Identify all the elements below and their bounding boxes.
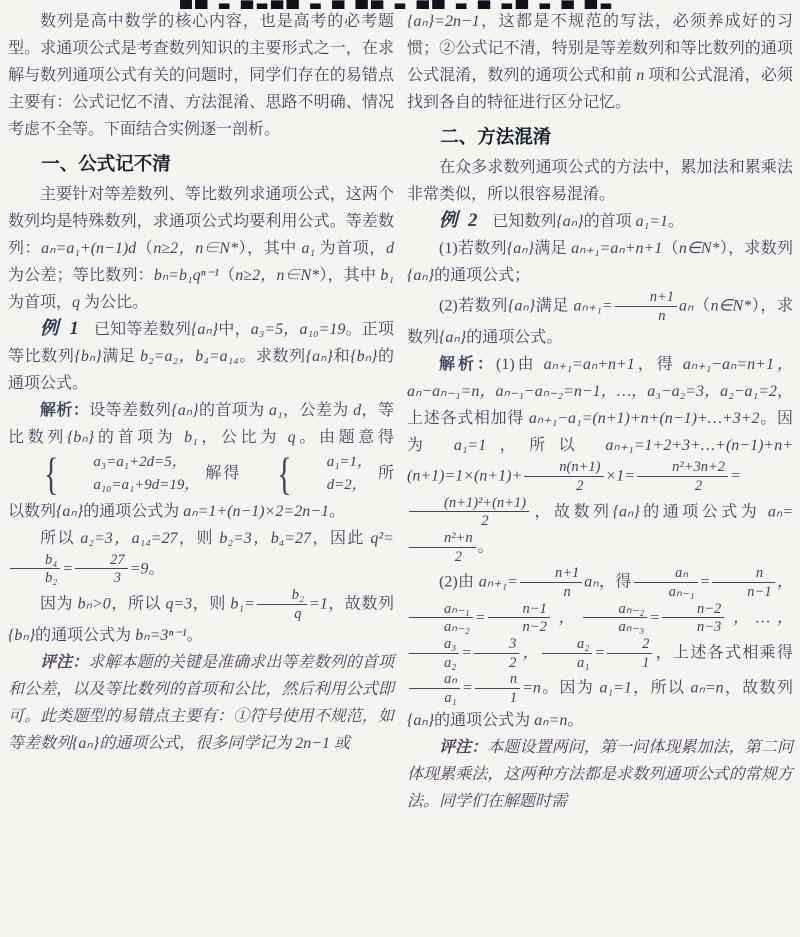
section-heading: 一、公式记不清 [8, 150, 394, 177]
math-inline: aₙ₊₁−a₁=(n+1)+n+(n−1)+…+3+2 [529, 410, 760, 427]
text-run: ，则 [192, 595, 230, 612]
text-run: 设等差数列 [89, 402, 171, 419]
math-inline: q [288, 429, 296, 446]
column-right: {aₙ}=2n−1，这都是不规范的写法，必须养成好的习惯；②公式记不清，特别是等… [407, 8, 793, 815]
fraction-denominator: 1 [475, 688, 520, 707]
fraction: aₙ₋₂aₙ₋₃ [583, 601, 647, 636]
math-inline: a₂=3，a₁₄=27 [80, 530, 177, 547]
paragraph: 因为 bₙ>0，所以 q=3，则 b₁=b₂q=1，故数列{bₙ}的通项公式为 … [8, 587, 394, 649]
fraction: 21 [607, 636, 652, 671]
math-inline: a₁ [301, 240, 315, 257]
fraction-denominator: b₂ [10, 568, 60, 587]
text-run: 因为 [40, 595, 78, 612]
fraction-denominator: 2 [409, 547, 476, 566]
text-run: 的通项公式为 [83, 503, 183, 520]
paragraph: 解析：设等差数列{aₙ}的首项为 a₁，公差为 d，等比数列{bₙ}的首项为 b… [8, 397, 394, 525]
document-page: ▆▆ ▄ ▅▄▅▆ ▄ ▅ ▆▅ ▄ ▅▆ ▄ ▅ ▄▆ ▄ ▅ ▆▄ 数列是高… [0, 0, 800, 937]
fraction-denominator: a₂ [409, 653, 459, 672]
equation-system: {a₃=a₁+2d=5，a₁₀=a₁+9d=19， [12, 451, 199, 498]
fraction: aₙa₁ [409, 671, 460, 706]
text-run: ，故数列 [724, 680, 793, 697]
fraction: n−1n−2 [488, 601, 550, 636]
equation-row: a₃=a₁+2d=5， [61, 451, 199, 474]
fraction: n²+n2 [409, 530, 476, 565]
fraction-denominator: a₁ [409, 688, 460, 707]
math-inline: b₁ [184, 429, 198, 446]
math-inline: = [700, 574, 711, 591]
equation-row: a₁=1， [295, 451, 372, 474]
math-inline: a₃=5，a₁₀=19 [251, 321, 346, 338]
math-inline: = [730, 468, 741, 485]
text-run: ），其中 [319, 267, 380, 284]
math-inline: aₙ₊₁= [574, 297, 613, 314]
math-inline: a₁=1 [636, 213, 668, 230]
fraction: nn−1 [712, 565, 774, 600]
text-run: 已知等差数列 [94, 321, 191, 338]
equation-row: a₁₀=a₁+9d=19， [61, 474, 199, 497]
text-run: ），其中 [238, 240, 302, 257]
math-inline: = [462, 680, 473, 697]
fraction-denominator: aₙ₋₃ [583, 617, 647, 636]
text-run: 的通项公式为 [640, 503, 768, 520]
math-inline: {aₙ} [613, 503, 640, 520]
text-run: 的通项公式为 [434, 712, 534, 729]
fraction-numerator: 3 [474, 636, 519, 653]
text-run: 所以 [40, 530, 80, 547]
math-inline: n≥2，n∈N* [235, 267, 319, 284]
math-inline: =n [522, 680, 541, 697]
fraction-denominator: q [257, 604, 307, 623]
fraction-numerator: aₙ₋₁ [409, 601, 473, 618]
math-inline: {aₙ} [508, 297, 535, 314]
text-run: ），求数列 [720, 240, 793, 257]
fraction-denominator: n−3 [662, 617, 724, 636]
fraction: 32 [474, 636, 519, 671]
math-inline: =1 [309, 595, 328, 612]
equation-row: d=2， [295, 474, 372, 497]
math-inline: aₙ=a₁+(n−1)d [41, 240, 136, 257]
text-run: 在众多求数列通项公式的方法中，累加法和累乘法非常类似，所以很容易混淆。 [407, 159, 793, 203]
text-run: （ [136, 240, 153, 257]
fraction-denominator: n [520, 582, 582, 601]
text-run: 。因为 [541, 680, 600, 697]
paragraph: 主要针对等差数列、等比数列求通项公式，这两个数列均是特殊数列，求通项公式均要利用… [8, 181, 394, 316]
paragraph: {aₙ}=2n−1，这都是不规范的写法，必须养成好的习惯；②公式记不清，特别是等… [407, 8, 793, 116]
math-inline: q=3 [165, 595, 192, 612]
text-run: （ [219, 267, 235, 284]
math-inline: 2n−1 [295, 735, 330, 752]
text-run: （ [662, 240, 679, 257]
text-run: ，所以 [632, 680, 691, 697]
fraction: n²+3n+22 [637, 459, 728, 494]
math-inline: a₁=1 [600, 680, 632, 697]
text-run: 。 [567, 712, 583, 729]
text-run: 满足 [534, 240, 571, 257]
fraction-numerator: a₃ [409, 636, 459, 653]
section-heading: 二、方法混淆 [407, 123, 793, 150]
text-run: 的首项为 [94, 429, 184, 446]
fraction: a₂a₁ [542, 636, 592, 671]
text-run: ，因此 [311, 530, 370, 547]
math-inline: aₙ=n [690, 680, 723, 697]
math-inline: aₙ₊₁=aₙ+n+1 [544, 356, 635, 373]
text-run: ，则 [178, 530, 220, 547]
math-inline: bₙ=3ⁿ⁻¹ [135, 627, 186, 644]
fraction-numerator: aₙ₋₂ [583, 601, 647, 618]
text-run: 的通项公式； [434, 267, 530, 284]
text-run: ，公差为 [283, 402, 354, 419]
math-inline: {aₙ} [556, 213, 583, 230]
text-run: ，所以 [111, 595, 166, 612]
math-inline: aₙ= [768, 503, 793, 520]
text-run: 。求数列 [239, 348, 306, 365]
fraction-numerator: n [712, 565, 774, 582]
math-inline: a₁=1 [454, 437, 486, 454]
math-inline: d [386, 240, 394, 257]
fraction: b₂q [257, 587, 307, 622]
fraction: n1 [475, 671, 520, 706]
fraction: 273 [75, 552, 128, 587]
fraction-denominator: n [615, 306, 677, 325]
text-run: ，公比为 [198, 429, 288, 446]
paragraph: 数列是高中数学的核心内容，也是高考的必考题型。求通项公式是考查数列知识的主要形式… [8, 8, 394, 143]
paragraph: 在众多求数列通项公式的方法中，累加法和累乘法非常类似，所以很容易混淆。 [407, 154, 793, 208]
text-run: (2)若数列 [439, 297, 508, 314]
text-run: 一、公式记不清 [41, 153, 171, 174]
math-inline: = [475, 609, 486, 626]
math-inline: bₙ=b₁qⁿ⁻¹ [154, 267, 219, 284]
text-run: 。 [148, 560, 164, 577]
math-inline: aₙ [679, 297, 693, 314]
math-inline: {bₙ} [8, 627, 35, 644]
text-run: 为首项， [8, 294, 72, 311]
math-inline: {aₙ} [191, 321, 218, 338]
fraction-numerator: a₂ [542, 636, 592, 653]
fraction-numerator: n−1 [488, 601, 550, 618]
fraction: a₃a₂ [409, 636, 459, 671]
fraction: aₙ₋₁aₙ₋₂ [409, 601, 473, 636]
fraction-numerator: b₄ [10, 552, 60, 569]
math-inline: n∈N* [679, 240, 720, 257]
text-run: 的通项公式，很多同学记为 [99, 735, 295, 752]
text-run: 和 [333, 348, 350, 365]
fraction-denominator: aₙ₋₁ [634, 582, 698, 601]
math-inline: = [594, 644, 605, 661]
text-run: 的首项 [584, 213, 636, 230]
math-inline: =9 [130, 560, 149, 577]
column-left: 数列是高中数学的核心内容，也是高考的必考题型。求通项公式是考查数列知识的主要形式… [8, 8, 394, 757]
text-run: ，得 [635, 356, 683, 373]
math-inline: ，…， [726, 609, 793, 626]
equation-rows: a₁=1，d=2， [295, 451, 372, 498]
example-label: 例 2 [439, 211, 480, 231]
math-inline: {aₙ} [439, 329, 466, 346]
math-inline: {aₙ} [507, 240, 534, 257]
math-inline: bₙ>0 [78, 595, 111, 612]
math-inline: {aₙ} [407, 267, 434, 284]
paragraph-label: 评注： [439, 739, 487, 756]
paragraph: 解析：(1)由 aₙ₊₁=aₙ+n+1，得 aₙ₊₁−aₙ=n+1，aₙ−aₙ₋… [407, 351, 793, 565]
paragraph: 例 2已知数列{aₙ}的首项 a₁=1。 [407, 208, 793, 235]
fraction-denominator: n−1 [712, 582, 774, 601]
paragraph-label: 评注： [40, 654, 88, 671]
math-inline: b₂=a₂，b₄=a₁₄ [140, 348, 239, 365]
text-run: 二、方法混淆 [440, 126, 551, 147]
fraction-denominator: 1 [607, 653, 652, 672]
text-run: (1)若数列 [439, 240, 507, 257]
math-inline: b₁= [230, 595, 254, 612]
text-run: 解得 [203, 465, 241, 482]
text-run: (2)由 [439, 574, 479, 591]
fraction-numerator: n²+3n+2 [637, 459, 728, 476]
fraction-numerator: n [475, 671, 520, 688]
text-run: 。由题意得 [296, 429, 394, 446]
fraction: n−2n−3 [662, 601, 724, 636]
fraction-denominator: 2 [524, 476, 603, 495]
text-run: (1)由 [496, 356, 544, 373]
math-inline: aₙ₊₁=aₙ+n+1 [571, 240, 662, 257]
math-inline: d [353, 402, 361, 419]
fraction: b₄b₂ [10, 552, 60, 587]
text-run: 为首项， [315, 240, 386, 257]
text-run: 数列是高中数学的核心内容，也是高考的必考题型。求通项公式是考查数列知识的主要形式… [8, 13, 394, 138]
left-brace: { [245, 454, 291, 495]
math-inline: n≥2，n∈N* [153, 240, 238, 257]
example-label: 例 1 [40, 319, 82, 339]
math-inline: q²= [370, 530, 394, 547]
equation-system: {a₁=1，d=2， [245, 451, 372, 498]
math-inline: aₙ=n [534, 712, 567, 729]
math-inline: aₙ₊₁= [479, 574, 518, 591]
fraction: n+1n [615, 289, 677, 324]
math-inline: {bₙ} [67, 429, 94, 446]
paragraph: 所以 a₂=3，a₁₄=27，则 b₂=3，b₄=27，因此 q²=b₄b₂=2… [8, 525, 394, 587]
fraction-numerator: aₙ [409, 671, 460, 688]
text-run: 。 [329, 503, 345, 520]
math-inline: a₁ [269, 402, 283, 419]
math-inline: {aₙ} [171, 402, 198, 419]
fraction-numerator: b₂ [257, 587, 307, 604]
text-run: （ [693, 297, 710, 314]
math-inline: = [649, 609, 660, 626]
text-run: ，得 [599, 574, 632, 591]
fraction: aₙaₙ₋₁ [634, 565, 698, 600]
text-run: 。 [478, 538, 494, 555]
text-run: 的首项为 [199, 402, 270, 419]
fraction-denominator: aₙ₋₂ [409, 617, 473, 636]
text-run: 或 [330, 735, 350, 752]
math-inline: b₁ [380, 267, 394, 284]
paragraph-label: 解析： [439, 356, 496, 373]
text-run: 的通项公式为 [35, 627, 135, 644]
fraction-numerator: n−2 [662, 601, 724, 618]
fraction: n(n+1)2 [524, 459, 603, 494]
text-run: 。 [187, 627, 203, 644]
paragraph: (1)若数列{aₙ}满足 aₙ₊₁=aₙ+n+1（n∈N*），求数列{aₙ}的通… [407, 235, 793, 289]
text-run: 满足 [102, 348, 140, 365]
math-inline: n∈N* [711, 297, 752, 314]
paragraph: 例 1已知等差数列{aₙ}中，a₃=5，a₁₀=19。正项等比数列{bₙ}满足 … [8, 316, 394, 397]
fraction: (n+1)²+(n+1)2 [409, 495, 529, 530]
paragraph-label: 解析： [40, 402, 89, 419]
paragraph: (2)由 aₙ₊₁=n+1naₙ，得aₙaₙ₋₁=nn−1，aₙ₋₁aₙ₋₂=n… [407, 565, 793, 733]
math-inline: {bₙ} [350, 348, 377, 365]
text-run: ，所以 [486, 437, 605, 454]
fraction-numerator: 2 [607, 636, 652, 653]
paragraph: 评注：本题设置两问，第一问体现累加法，第二问体现累乘法，这两种方法都是求数列通项… [407, 734, 793, 815]
math-inline: q [72, 294, 80, 311]
text-run: 已知数列 [492, 213, 556, 230]
math-inline: b₂=3，b₄=27 [219, 530, 311, 547]
math-inline: ， [777, 574, 793, 591]
text-run: ，故数列 [531, 503, 613, 520]
fraction-denominator: 2 [409, 511, 529, 530]
fraction-denominator: 2 [637, 476, 728, 495]
math-inline: aₙ [584, 574, 598, 591]
math-inline: ×1= [606, 468, 636, 485]
fraction-denominator: n−2 [488, 617, 550, 636]
math-inline: aₙ=1+(n−1)×2=2n−1 [183, 503, 329, 520]
math-inline: {aₙ} [56, 503, 83, 520]
math-inline: {aₙ} [72, 735, 99, 752]
math-inline: ， [552, 609, 582, 626]
fraction: n+1n [520, 565, 582, 600]
math-inline: = [461, 644, 472, 661]
math-inline: {aₙ} [306, 348, 333, 365]
fraction-numerator: n+1 [615, 289, 677, 306]
text-run: 中， [218, 321, 251, 338]
text-run: 的通项公式。 [466, 329, 562, 346]
fraction-numerator: aₙ [634, 565, 698, 582]
fraction-denominator: 3 [75, 568, 128, 587]
fraction-denominator: a₁ [542, 653, 592, 672]
text-run: 为公差；等比数列： [8, 267, 154, 284]
text-run: 。 [668, 213, 684, 230]
fraction-numerator: n(n+1) [524, 459, 603, 476]
fraction-numerator: 27 [75, 552, 128, 569]
math-inline: = [62, 560, 73, 577]
text-run: 为公比。 [80, 294, 148, 311]
paragraph: (2)若数列{aₙ}满足 aₙ₊₁=n+1naₙ（n∈N*），求数列{aₙ}的通… [407, 289, 793, 351]
math-inline: {aₙ}=2n−1 [407, 13, 480, 30]
left-brace: { [12, 454, 58, 495]
text-run: ，故数列 [328, 595, 394, 612]
math-inline: ， [521, 644, 540, 661]
equation-rows: a₃=a₁+2d=5，a₁₀=a₁+9d=19， [61, 451, 199, 498]
text-run: 满足 [535, 297, 573, 314]
fraction-numerator: n²+n [409, 530, 476, 547]
fraction-numerator: (n+1)²+(n+1) [409, 495, 529, 512]
paragraph: 评注：求解本题的关键是准确求出等差数列的首项和公差，以及等比数列的首项和公比，然… [8, 649, 394, 757]
fraction-numerator: n+1 [520, 565, 582, 582]
fraction-denominator: 2 [474, 653, 519, 672]
text-run: ，上述各式相乘得 [654, 644, 793, 661]
math-inline: {bₙ} [74, 348, 101, 365]
math-inline: {aₙ} [407, 712, 434, 729]
